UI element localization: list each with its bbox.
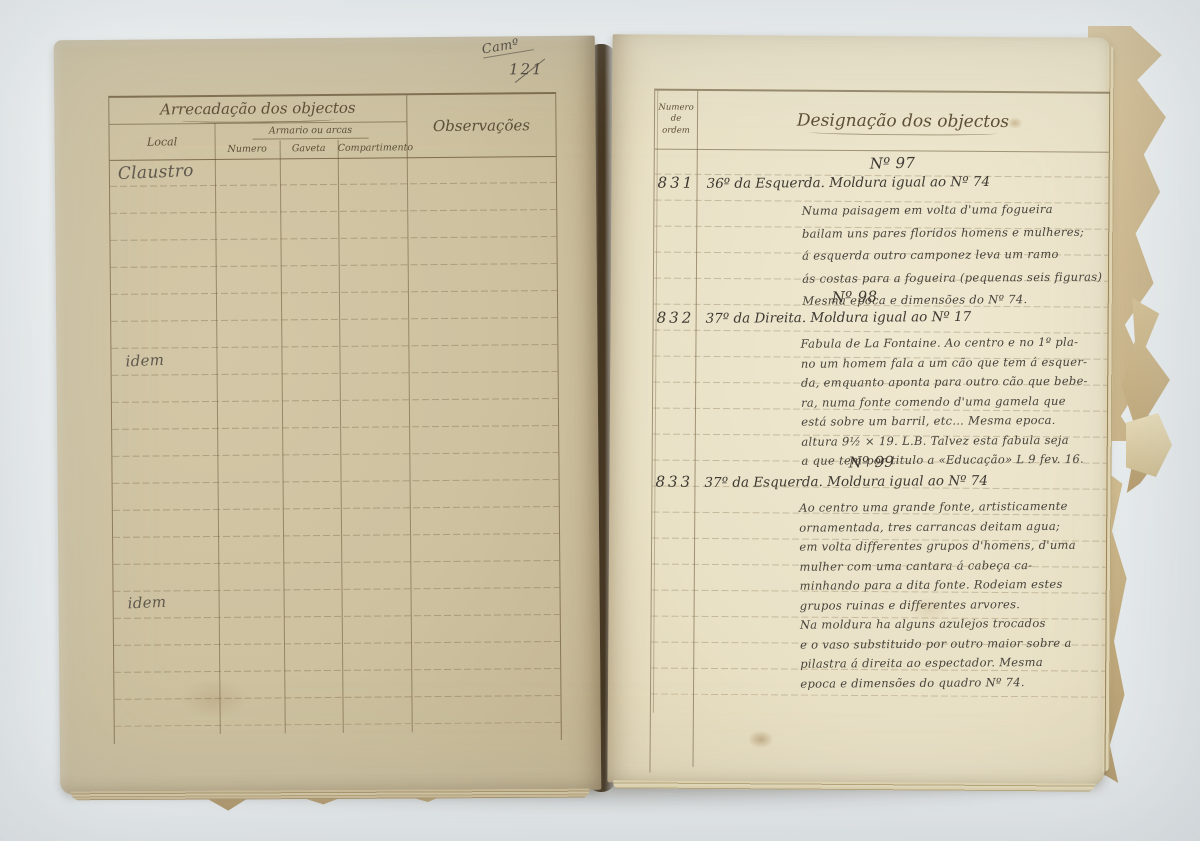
entry-title: 37º da Direita. Moldura igual ao Nº 17 (706, 309, 972, 327)
torn-paper-scrap (1126, 413, 1172, 477)
entry-row: 833 37º da Esquerda. Moldura igual ao Nº… (652, 473, 1106, 498)
column-header-observacoes: Observações (406, 94, 556, 157)
arrecadacao-table: Arrecadação dos objectos Observações Loc… (108, 92, 562, 744)
corner-annotation: Camº (481, 34, 534, 58)
right-page: Numero de ordem Designação dos objectos … (607, 34, 1109, 785)
column-header-designacao: Designação dos objectos (697, 91, 1109, 152)
local-entry: Claustro (117, 161, 194, 184)
order-number: 833 (655, 473, 693, 491)
entry-row: 831 36º da Esquerda. Moldura igual ao Nº… (654, 174, 1108, 199)
column-header-numero: Numero (215, 140, 280, 159)
section-heading: Nº 99 (848, 453, 894, 472)
entry-title: 36º da Esquerda. Moldura igual ao Nº 74 (707, 174, 991, 192)
table-title: Arrecadação dos objectos (109, 95, 406, 124)
left-page: Camº 121 Arrecadação dos objectos Observ… (54, 36, 602, 795)
ruled-lines (110, 156, 561, 727)
entry-description: Ao centro uma grande fonte, artisticamen… (799, 497, 1102, 694)
column-header-local: Local (109, 123, 214, 160)
column-line (338, 140, 339, 158)
order-number: 831 (658, 174, 696, 192)
local-entry: idem (125, 351, 164, 371)
table-body: Nº 97 831 36º da Esquerda. Moldura igual… (651, 149, 1109, 714)
ledger-photo: Camº 121 Arrecadação dos objectos Observ… (0, 0, 1200, 841)
section-heading: Nº 97 (870, 154, 916, 173)
local-entry: idem (127, 593, 166, 613)
entry-description: Fabula de La Fontaine. Ao centro e no 1º… (801, 333, 1104, 472)
order-number: 832 (657, 309, 695, 327)
page-number: 121 (509, 60, 544, 78)
table-body: Claustro idem idem (110, 156, 561, 738)
column-group-header-armario: Armario ou arcas (214, 122, 406, 141)
section-heading: Nº 98 (832, 288, 878, 307)
entry-title: 37º da Esquerda. Moldura igual ao Nº 74 (704, 473, 988, 491)
entry-row: 832 37º da Direita. Moldura igual ao Nº … (654, 309, 1108, 334)
column-line (280, 140, 281, 158)
column-header-numero-de-ordem: Numero de ordem (655, 91, 697, 149)
designacao-table: Numero de ordem Designação dos objectos … (649, 89, 1110, 776)
column-header-gaveta: Gaveta (280, 140, 338, 159)
column-header-compartimento: Compartimento (338, 139, 407, 158)
